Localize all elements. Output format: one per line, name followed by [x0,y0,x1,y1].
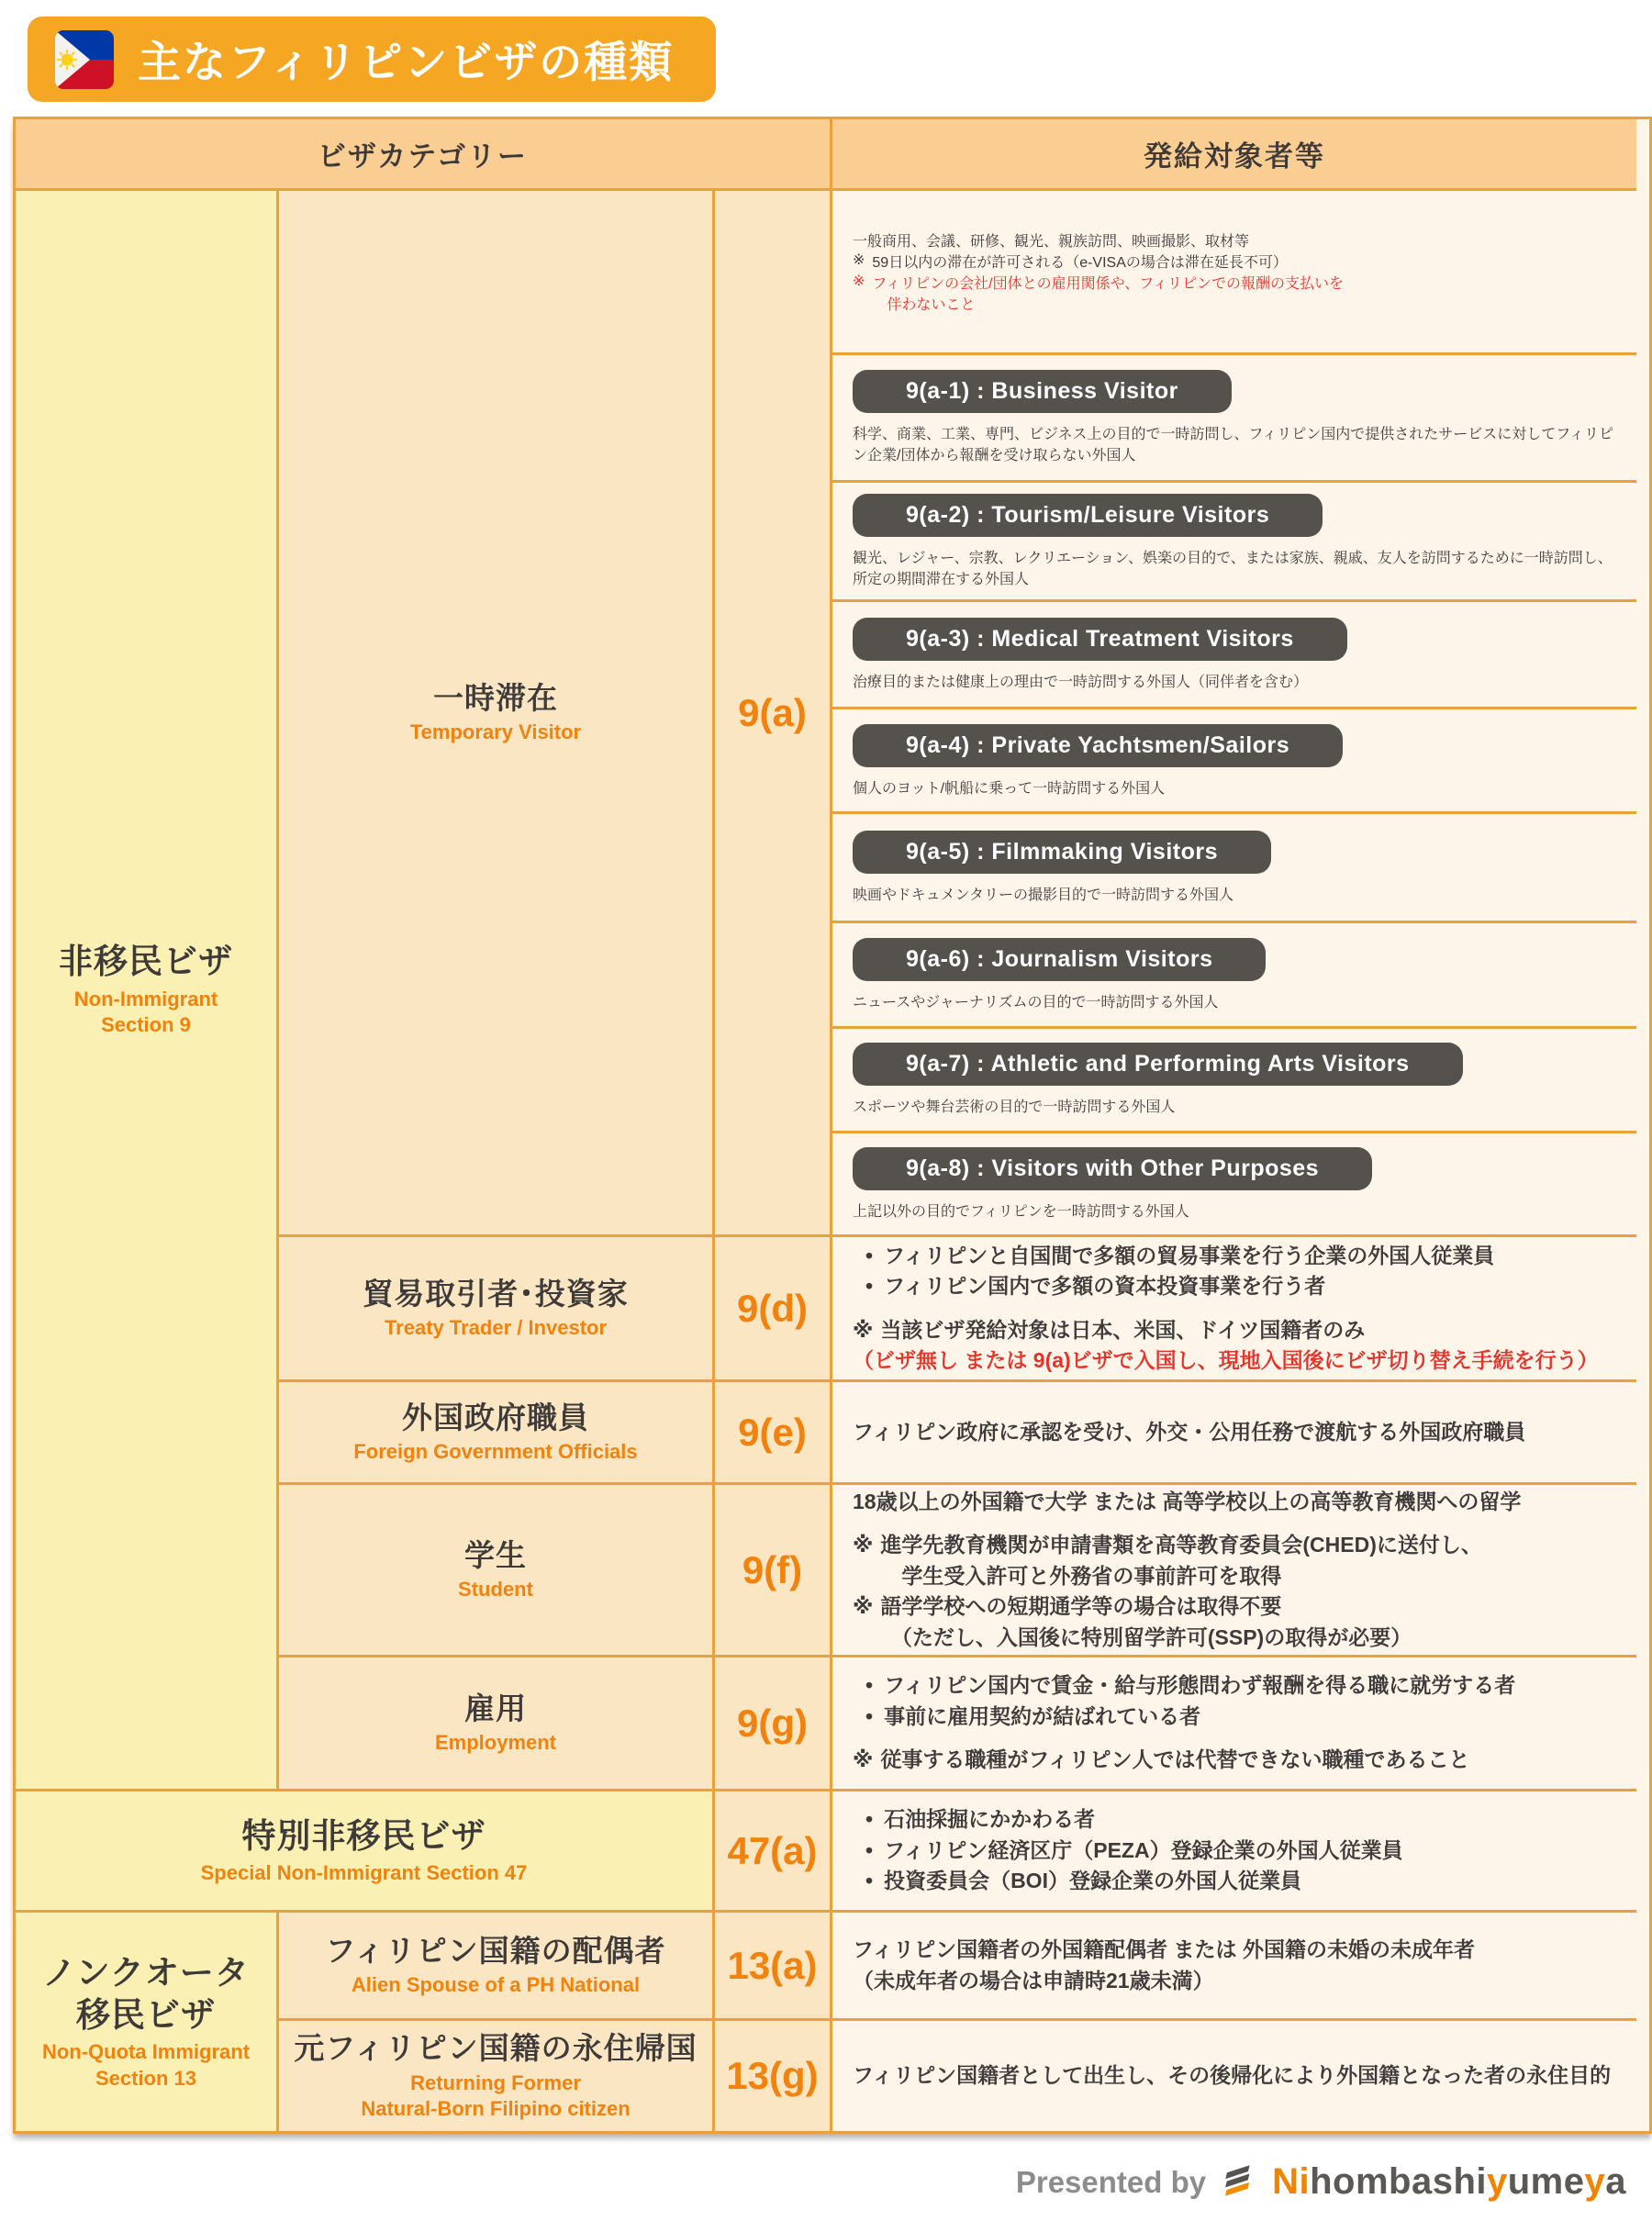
bullet-item: • フィリピンと自国間で多額の貿易事業を行う企業の外国人従業員 [853,1241,1625,1271]
group-non-quota-immigrant-en: Non-Quota Immigrant Section 13 [42,2039,250,2092]
description-9g: • フィリピン国内で賃金・給与形態問わず報酬を得る職に就労する者 • 事前に雇用… [832,1657,1636,1791]
subtype-9a1: 9(a-1) : Business Visitor 科学、商業、工業、専門、ビジ… [832,352,1636,481]
footer: Presented by Nihombashiyumeya [0,2161,1626,2203]
note-9d: ※ 当該ビザ発給対象は日本、米国、ドイツ国籍者のみ [853,1315,1625,1345]
subtype-9a1-desc: 科学、商業、工業、専門、ビジネス上の目的で一時訪問し、フィリピン国内で提供された… [853,422,1625,464]
description-9f: 18歳以上の外国籍で大学 または 高等学校以上の高等教育機関への留学 ※ 進学先… [832,1485,1636,1657]
subtype-9a6-desc: ニュースやジャーナリズムの目的で一時訪問する外国人 [853,990,1625,1011]
subtype-9a5-desc: 映画やドキュメンタリーの撮影目的で一時訪問する外国人 [853,883,1625,904]
note-marker: ※ [853,251,865,272]
group-non-immigrant: 非移民ビザ Non-Immigrant Section 9 [16,191,279,1791]
category-special-non-immigrant-jp: 特別非移民ビザ [242,1815,486,1858]
subtype-9a8-badge: 9(a-8) : Visitors with Other Purposes [853,1147,1372,1190]
subtype-9a5-badge: 9(a-5) : Filmmaking Visitors [853,831,1271,874]
subtype-9a4: 9(a-4) : Private Yachtsmen/Sailors 個人のヨッ… [832,707,1636,811]
category-treaty-trader-jp: 貿易取引者･投資家 [363,1275,629,1312]
header-issued-to: 発給対象者等 [832,119,1636,191]
subtype-9a3-badge: 9(a-3) : Medical Treatment Visitors [853,618,1347,661]
student-note-2: ※ 語学学校への短期通学等の場合は取得不要 （ただし、入国後に特別留学許可(SS… [853,1591,1625,1653]
bullet-item: • 石油採掘にかかわる者 [853,1804,1625,1835]
category-foreign-gov-officials-en: Foreign Government Officials [353,1439,637,1466]
bullet-item: • 投資委員会（BOI）登録企業の外国人従業員 [853,1866,1625,1896]
category-special-non-immigrant: 特別非移民ビザ Special Non-Immigrant Section 47 [16,1791,715,1913]
subtype-9a7-badge: 9(a-7) : Athletic and Performing Arts Vi… [853,1043,1463,1086]
category-alien-spouse-jp: フィリピン国籍の配偶者 [325,1932,665,1970]
subtype-9a3-desc: 治療目的または健康上の理由で一時訪問する外国人（同伴者を含む） [853,670,1625,691]
page-title: 主なフィリピンビザの種類 [138,28,674,90]
visa-code-9g: 9(g) [715,1657,832,1791]
description-9e: フィリピン政府に承認を受け、外交・公用任務で渡航する外国政府職員 [832,1382,1636,1485]
student-line: 18歳以上の外国籍で大学 または 高等学校以上の高等教育機関への留学 [853,1487,1625,1517]
subtype-9a2-desc: 観光、レジャー、宗教、レクリエーション、娯楽の目的で、または家族、親戚、友人を訪… [853,546,1625,588]
subtype-9a4-badge: 9(a-4) : Private Yachtsmen/Sailors [853,724,1343,767]
category-student-jp: 学生 [464,1536,527,1574]
subtype-9a1-badge: 9(a-1) : Business Visitor [853,370,1232,413]
subtype-9a2: 9(a-2) : Tourism/Leisure Visitors 観光、レジャ… [832,480,1636,599]
category-student-en: Student [458,1577,533,1603]
description-9a: 一般商用、会議、研修、観光、親族訪問、映画撮影、取材等 ※ 59日以内の滞在が許… [832,191,1636,1237]
intro-note-1: ※ 59日以内の滞在が許可される（e-VISAの場合は滞在延長不可） [853,251,1625,272]
bullet-item: • フィリピン経済区庁（PEZA）登録企業の外国人従業員 [853,1836,1625,1866]
brand-logo-icon [1219,2162,1259,2203]
subtype-9a2-badge: 9(a-2) : Tourism/Leisure Visitors [853,494,1323,537]
visa-code-9a: 9(a) [715,191,832,1237]
subtype-9a7-desc: スポーツや舞台芸術の目的で一時訪問する外国人 [853,1095,1625,1116]
description-9d: • フィリピンと自国間で多額の貿易事業を行う企業の外国人従業員 • フィリピン国… [832,1237,1636,1382]
category-temporary-visitor-jp: 一時滞在 [433,679,558,717]
visa-code-9e: 9(e) [715,1382,832,1485]
subtype-9a7: 9(a-7) : Athletic and Performing Arts Vi… [832,1026,1636,1132]
group-non-immigrant-en: Non-Immigrant Section 9 [74,987,218,1039]
category-treaty-trader: 貿易取引者･投資家 Treaty Trader / Investor [279,1237,715,1382]
description-9a-intro: 一般商用、会議、研修、観光、親族訪問、映画撮影、取材等 ※ 59日以内の滞在が許… [832,191,1636,352]
category-temporary-visitor: 一時滞在 Temporary Visitor [279,191,715,1237]
page-title-bar: 主なフィリピンビザの種類 [28,17,716,102]
bullet-item: • 事前に雇用契約が結ばれている者 [853,1702,1625,1732]
visa-code-13g: 13(g) [715,2021,832,2131]
bullet-item: • フィリピン国内で多額の資本投資事業を行う者 [853,1271,1625,1301]
visa-code-9f: 9(f) [715,1485,832,1657]
header-visa-category: ビザカテゴリー [16,119,832,191]
note-marker: ※ [853,272,865,314]
subtype-9a6-badge: 9(a-6) : Journalism Visitors [853,938,1266,981]
category-treaty-trader-en: Treaty Trader / Investor [385,1315,607,1342]
visa-code-13a: 13(a) [715,1913,832,2021]
category-special-non-immigrant-en: Special Non-Immigrant Section 47 [201,1860,528,1887]
student-note-1: ※ 進学先教育機関が申請書類を高等教育委員会(CHED)に送付し、 学生受入許可… [853,1530,1625,1591]
philippines-flag-icon [55,30,114,89]
description-13a: フィリピン国籍者の外国籍配偶者 または 外国籍の未婚の未成年者 （未成年者の場合… [832,1913,1636,2021]
category-alien-spouse-en: Alien Spouse of a PH National [352,1972,640,1999]
intro-note-2: ※ フィリピンの会社/団体との雇用関係や、フィリピンでの報酬の支払いを 伴わない… [853,272,1625,314]
category-returning-former-filipino-jp: 元フィリピン国籍の永住帰国 [294,2029,697,2067]
note-9d-red: （ビザ無し または 9(a)ビザで入国し、現地入国後にビザ切り替え手続を行う） [853,1345,1625,1376]
visa-code-47a: 47(a) [715,1791,832,1913]
category-employment-jp: 雇用 [464,1690,527,1727]
note-9g: ※ 従事する職種がフィリピン人では代替できない職種であること [853,1745,1625,1775]
category-returning-former-filipino-en: Returning Former Natural-Born Filipino c… [361,2070,630,2123]
group-non-quota-immigrant-jp: ノンクオータ 移民ビザ [42,1952,250,2037]
group-non-quota-immigrant: ノンクオータ 移民ビザ Non-Quota Immigrant Section … [16,1913,279,2131]
category-temporary-visitor-en: Temporary Visitor [410,720,581,746]
subtype-9a8: 9(a-8) : Visitors with Other Purposes 上記… [832,1131,1636,1234]
intro-line: 一般商用、会議、研修、観光、親族訪問、映画撮影、取材等 [853,229,1625,251]
subtype-9a3: 9(a-3) : Medical Treatment Visitors 治療目的… [832,599,1636,708]
category-foreign-gov-officials: 外国政府職員 Foreign Government Officials [279,1382,715,1485]
brand-name: Nihombashiyumeya [1272,2161,1626,2203]
subtype-9a8-desc: 上記以外の目的でフィリピンを一時訪問する外国人 [853,1200,1625,1221]
visa-code-9d: 9(d) [715,1237,832,1382]
category-employment: 雇用 Employment [279,1657,715,1791]
subtype-9a5: 9(a-5) : Filmmaking Visitors 映画やドキュメンタリー… [832,811,1636,921]
category-returning-former-filipino: 元フィリピン国籍の永住帰国 Returning Former Natural-B… [279,2021,715,2131]
bullet-item: • フィリピン国内で賃金・給与形態問わず報酬を得る職に就労する者 [853,1670,1625,1701]
group-non-immigrant-jp: 非移民ビザ [59,941,233,983]
visa-table: ビザカテゴリー 発給対象者等 非移民ビザ Non-Immigrant Secti… [13,117,1652,2134]
category-alien-spouse: フィリピン国籍の配偶者 Alien Spouse of a PH Nationa… [279,1913,715,2021]
category-foreign-gov-officials-jp: 外国政府職員 [402,1399,589,1436]
subtype-9a4-desc: 個人のヨット/帆船に乗って一時訪問する外国人 [853,776,1625,798]
description-47a: • 石油採掘にかかわる者 • フィリピン経済区庁（PEZA）登録企業の外国人従業… [832,1791,1636,1913]
description-13g: フィリピン国籍者として出生し、その後帰化により外国籍となった者の永住目的 [832,2021,1636,2131]
category-employment-en: Employment [435,1730,556,1757]
category-student: 学生 Student [279,1485,715,1657]
subtype-9a6: 9(a-6) : Journalism Visitors ニュースやジャーナリズ… [832,921,1636,1026]
presented-by-label: Presented by [1016,2165,1206,2200]
